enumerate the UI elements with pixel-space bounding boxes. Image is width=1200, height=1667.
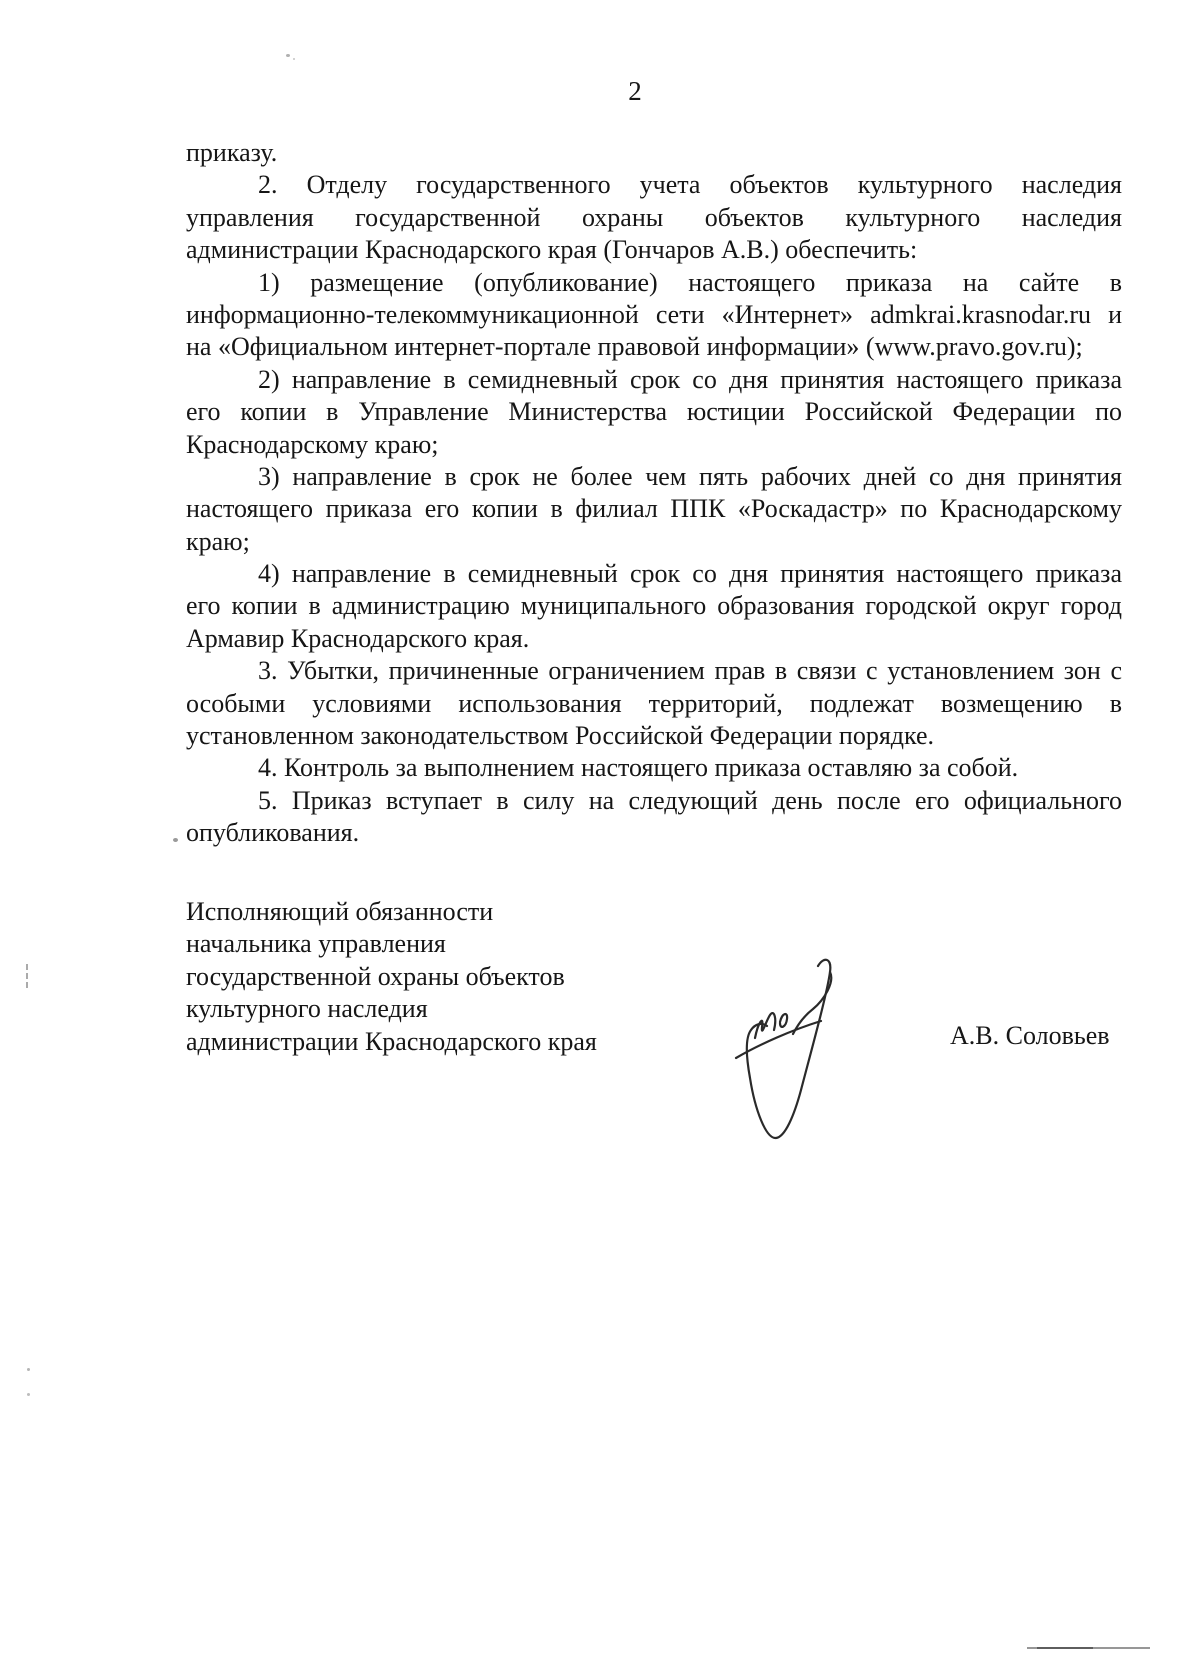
signature-title-line: администрации Краснодарского края [186,1026,746,1058]
signature-title-line: Исполняющий обязанности [186,896,746,928]
scan-artifact-dash [26,964,28,988]
document-line: его копии в Управление Министерства юсти… [186,396,1122,428]
scan-artifact-speck [286,54,290,57]
document-line: на «Официальном интернет-портале правово… [186,331,1122,363]
document-line: настоящего приказа его копии в филиал ПП… [186,493,1122,525]
document-line: администрации Краснодарского края (Гонча… [186,234,1122,266]
document-line: краю; [186,526,1122,558]
signature-title-line: государственной охраны объектов [186,961,746,993]
signature-title-line: начальника управления [186,928,746,960]
document-page: 2 приказу. 2. Отделу государственного уч… [0,0,1200,1667]
document-line: 3. Убытки, причиненные ограничением прав… [186,655,1122,687]
document-line: 3) направление в срок не более чем пять … [186,461,1122,493]
document-line: Краснодарскому краю; [186,429,1122,461]
document-line: управления государственной охраны объект… [186,202,1122,234]
scan-artifact-line [1027,1647,1150,1649]
signature-title-line: культурного наследия [186,993,746,1025]
document-line: 4. Контроль за выполнением настоящего пр… [186,752,1122,784]
document-line: приказу. [186,137,1122,169]
scan-artifact-speck [173,838,178,842]
document-line: особыми условиями использования территор… [186,688,1122,720]
document-line: 4) направление в семидневный срок со дня… [186,558,1122,590]
scan-artifact-speck [27,1368,30,1371]
document-line: его копии в администрацию муниципального… [186,590,1122,622]
document-body: приказу. 2. Отделу государственного учет… [186,137,1122,850]
document-line: Армавир Краснодарского края. [186,623,1122,655]
document-line: 1) размещение (опубликование) настоящего… [186,267,1122,299]
document-line: опубликования. [186,817,1122,849]
scan-artifact-line-dark [1037,1647,1093,1649]
document-line: 2. Отделу государственного учета объекто… [186,169,1122,201]
document-line: 2) направление в семидневный срок со дня… [186,364,1122,396]
document-line: установленном законодательством Российск… [186,720,1122,752]
scan-artifact-speck [293,58,295,60]
signer-name: А.В. Соловьев [950,1021,1110,1051]
document-line: 5. Приказ вступает в силу на следующий д… [186,785,1122,817]
page-number: 2 [600,76,670,107]
signature-title-block: Исполняющий обязанности начальника управ… [186,896,746,1058]
scan-artifact-speck [27,1393,30,1396]
document-line: информационно-телекоммуникационной сети … [186,299,1122,331]
handwritten-signature [700,950,860,1150]
